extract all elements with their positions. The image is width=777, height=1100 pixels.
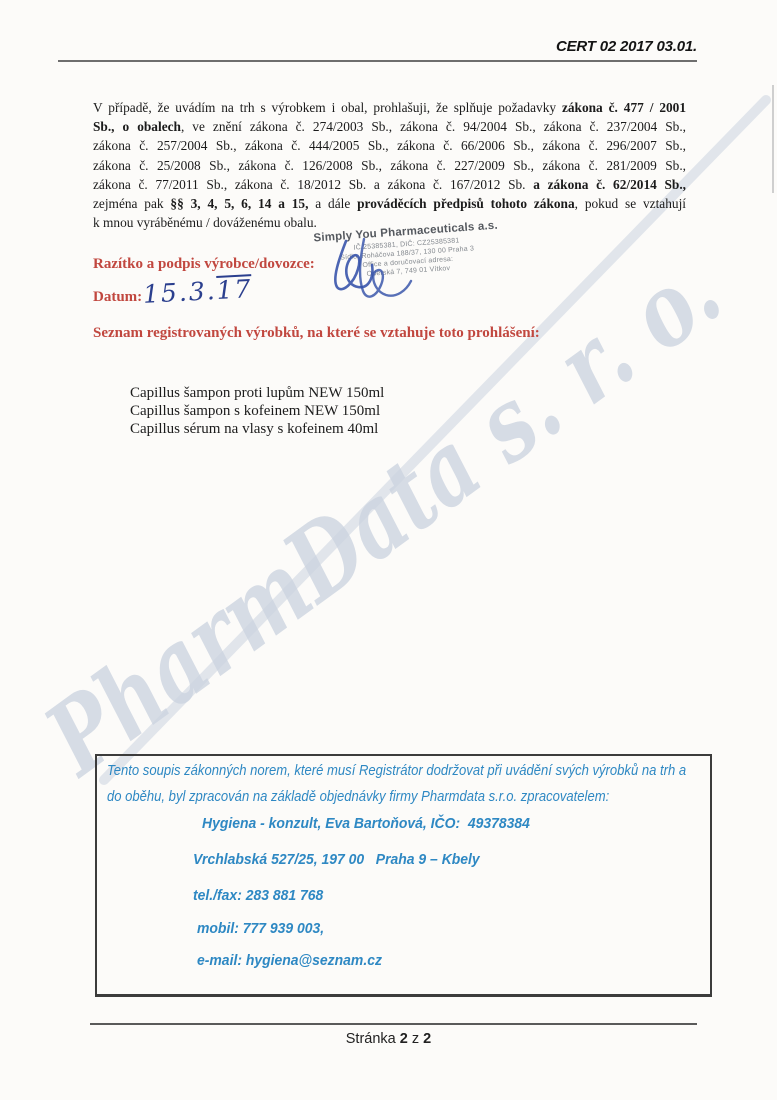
document-code: CERT 02 2017 03.01. (556, 38, 697, 55)
declaration-text: zákona č. 25/2008 Sb., zákona č. 126/200… (93, 159, 686, 174)
product-item: Capillus sérum na vlasy s kofeinem 40ml (130, 420, 384, 438)
scan-edge-artifact (772, 85, 774, 193)
declaration-law-bold: a zákona č. 62/2014 Sb., (533, 178, 686, 193)
contact-address-line: Vrchlabská 527/25, 197 00 Praha 9 – Kbel… (193, 851, 480, 868)
contact-email-line: e-mail: hygiena@seznam.cz (197, 952, 382, 969)
handwritten-date-year: 17 (216, 274, 253, 304)
declaration-law-bold: Sb., o obalech (93, 120, 181, 135)
declaration-line: zejména pak §§ 3, 4, 5, 6, 14 a 15, a dá… (93, 195, 686, 214)
handwritten-date: 15.3.17 (142, 274, 253, 309)
declaration-text: , ve znění zákona č. 274/2003 Sb., zákon… (181, 120, 686, 135)
declaration-text: V případě, že uvádím na trh s výrobkem i… (93, 101, 562, 116)
header-rule (58, 60, 697, 62)
page-number-footer: Stránka 2 z 2 (0, 1031, 777, 1047)
declaration-text: a dále (308, 197, 357, 212)
declaration-line: V případě, že uvádím na trh s výrobkem i… (93, 99, 686, 118)
handwritten-date-day-month: 15.3. (142, 276, 217, 309)
declaration-line: Sb., o obalech, ve znění zákona č. 274/2… (93, 118, 686, 137)
declaration-line: zákona č. 77/2011 Sb., zákona č. 18/2012… (93, 176, 686, 195)
declaration-paragraph: V případě, že uvádím na trh s výrobkem i… (93, 99, 686, 233)
product-item: Capillus šampon s kofeinem NEW 150ml (130, 402, 384, 420)
declaration-paragraphs-bold: §§ 3, 4, 5, 6, 14 a 15, (170, 197, 308, 212)
watermark-text: PharmData s. r. o. (23, 232, 741, 799)
declaration-line: zákona č. 257/2004 Sb., zákona č. 444/20… (93, 137, 686, 156)
declaration-regulations-bold: prováděcích předpisů tohoto zákona (357, 197, 575, 212)
stamp-signature-label: Razítko a podpis výrobce/dovozce: (93, 256, 315, 273)
footer-separator: z (412, 1031, 419, 1047)
products-list: Capillus šampon proti lupům NEW 150ml Ca… (130, 384, 384, 438)
info-box-paragraph-line: do oběhu, byl zpracován na základě objed… (107, 789, 609, 805)
footer-current-page: 2 (400, 1031, 408, 1047)
declaration-law-bold: zákona č. 477 / 2001 (562, 101, 686, 116)
declaration-text: k mnou vyráběnému / dováženému obalu. (93, 216, 317, 231)
product-item: Capillus šampon proti lupům NEW 150ml (130, 384, 384, 402)
declaration-text: zákona č. 77/2011 Sb., zákona č. 18/2012… (93, 178, 533, 193)
info-box-paragraph-line: Tento soupis zákonných norem, které musí… (107, 763, 686, 779)
processor-info-box: Tento soupis zákonných norem, které musí… (95, 754, 712, 997)
declaration-text: zákona č. 257/2004 Sb., zákona č. 444/20… (93, 139, 686, 154)
footer-rule (90, 1023, 697, 1025)
products-heading: Seznam registrovaných výrobků, na které … (93, 325, 540, 342)
contact-name-line: Hygiena - konzult, Eva Bartoňová, IČO: 4… (202, 815, 530, 832)
declaration-text: zejména pak (93, 197, 170, 212)
contact-telfax-line: tel./fax: 283 881 768 (193, 887, 323, 904)
declaration-text: , pokud se vztahují (575, 197, 686, 212)
footer-total-pages: 2 (423, 1031, 431, 1047)
date-label: Datum: (93, 289, 142, 306)
declaration-line: zákona č. 25/2008 Sb., zákona č. 126/200… (93, 157, 686, 176)
contact-mobile-line: mobil: 777 939 003, (197, 920, 324, 937)
scanned-document-page: PharmData s. r. o. CERT 02 2017 03.01. V… (0, 0, 777, 1100)
footer-label: Stránka (346, 1031, 396, 1047)
